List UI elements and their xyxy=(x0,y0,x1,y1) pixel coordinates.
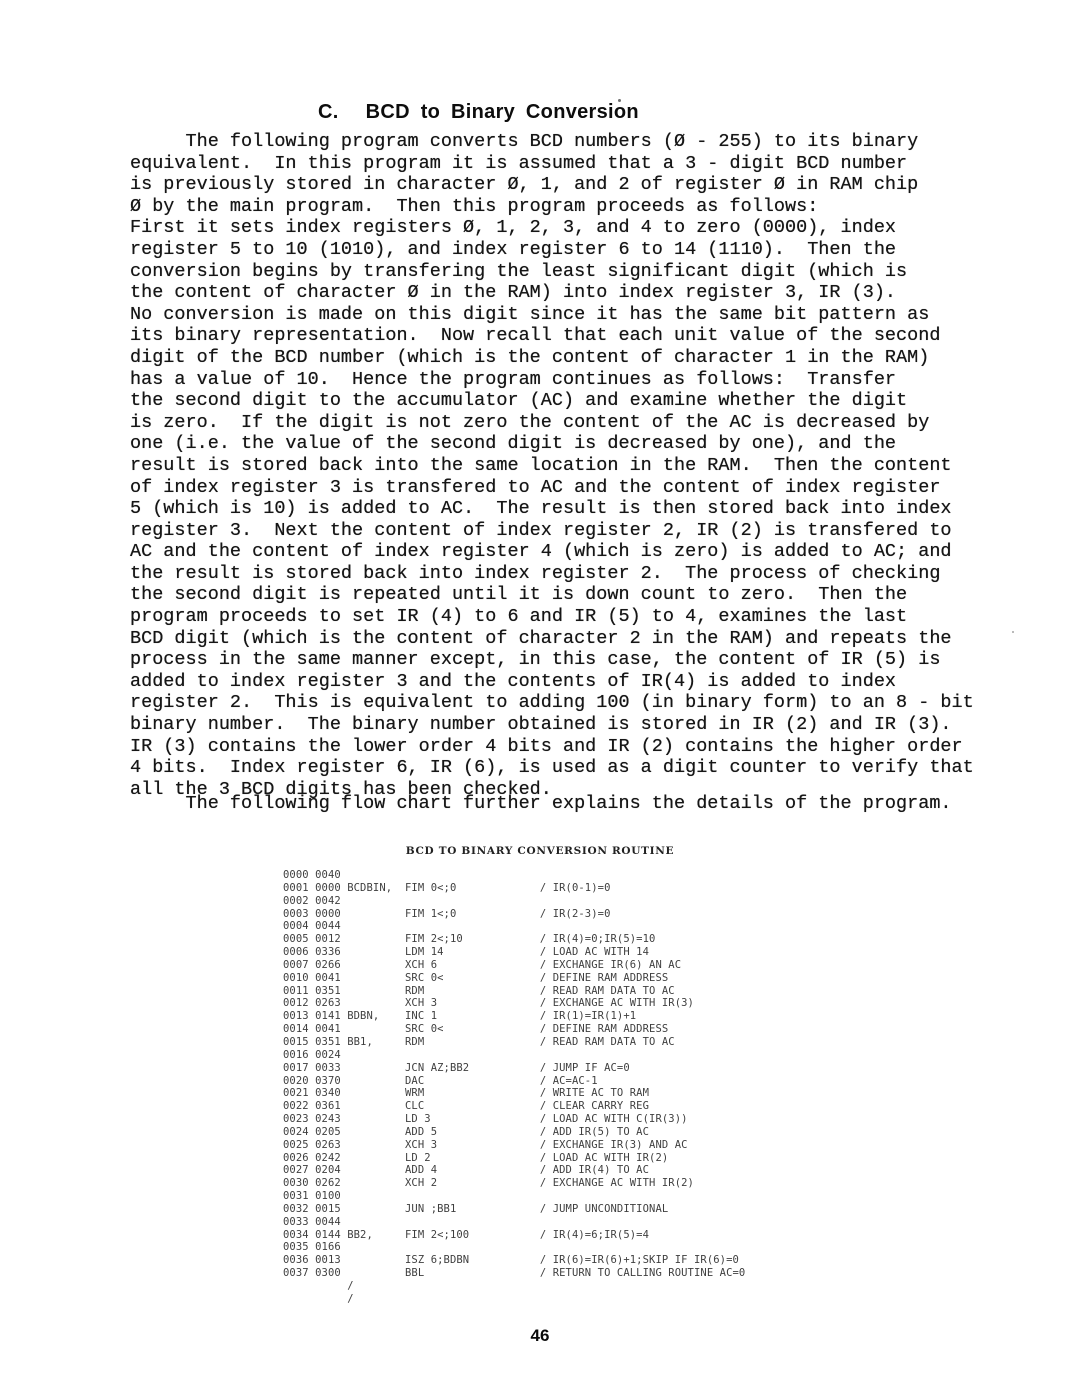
section-letter: C. xyxy=(318,101,339,124)
assembly-listing: 0000 0040 0001 0000 BCDBIN, FIM 0<;0 / I… xyxy=(283,869,745,1306)
document-page: C.BCD to Binary Conversion The following… xyxy=(0,0,1080,1397)
paragraph-flowchart-note: The following flow chart further explain… xyxy=(130,793,952,815)
scan-speck xyxy=(618,99,621,102)
section-title: BCD to Binary Conversion xyxy=(366,101,639,123)
scan-speck xyxy=(604,226,606,228)
listing-title: BCD TO BINARY CONVERSION ROUTINE xyxy=(0,845,1080,857)
section-heading: C.BCD to Binary Conversion xyxy=(318,101,639,124)
paragraph-main: The following program converts BCD numbe… xyxy=(130,131,974,800)
page-number: 46 xyxy=(0,1326,1080,1346)
scan-speck xyxy=(1012,631,1014,633)
